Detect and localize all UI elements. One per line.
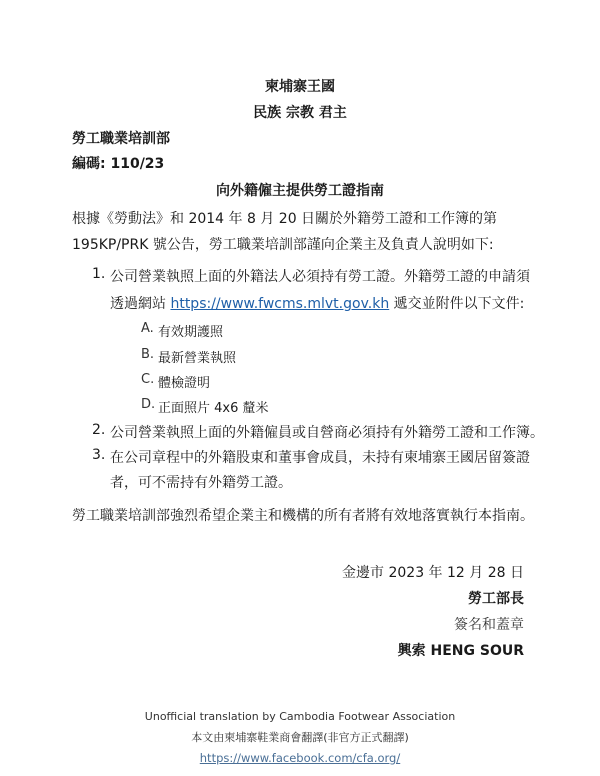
subitem-letter: D. bbox=[141, 397, 155, 412]
translation-note-chinese: 本文由柬埔寨鞋業商會翻譯(非官方正式翻譯) bbox=[0, 729, 600, 745]
item-text: 在公司章程中的外籍股東和董事會成員，未持有柬埔寨王國居留簽證 bbox=[110, 447, 530, 467]
subitem-text: 體檢證明 bbox=[158, 372, 210, 391]
submit-text: 遞交並附件以下文件: bbox=[394, 296, 525, 312]
document-title: 向外籍僱主提供勞工證指南 bbox=[0, 180, 600, 200]
item-text: 公司營業執照上面的外籍僱員或自營商必須持有外籍勞工證和工作簿。 bbox=[110, 422, 544, 442]
fwcms-website-link[interactable]: https://www.fwcms.mlvt.gov.kh bbox=[170, 296, 389, 312]
signatory-position: 勞工部長 bbox=[468, 588, 524, 608]
national-motto: 民族 宗教 君主 bbox=[0, 102, 600, 122]
footer-link-wrapper: https://www.facebook.com/cfa.org/ bbox=[0, 747, 600, 766]
signature-label: 簽名和蓋章 bbox=[454, 614, 524, 634]
intro-line-2: 195KP/PRK 號公告，勞工職業培訓部謹向企業主及負責人說明如下: bbox=[72, 234, 494, 254]
subitem-letter: C. bbox=[141, 372, 154, 387]
item-text-prefix: 透過網站 https://www.fwcms.mlvt.gov.kh 遞交並附件… bbox=[110, 293, 524, 313]
kingdom-heading: 柬埔寨王國 bbox=[0, 76, 600, 96]
subitem-letter: B. bbox=[141, 347, 154, 362]
subitem-text: 有效期護照 bbox=[158, 321, 223, 340]
item-text: 公司營業執照上面的外籍法人必須持有勞工證。外籍勞工證的申請須 bbox=[110, 266, 530, 286]
item-number: 3. bbox=[92, 447, 105, 463]
translation-note: Unofficial translation by Cambodia Footw… bbox=[0, 710, 600, 723]
item-number: 2. bbox=[92, 422, 105, 438]
subitem-text: 最新營業執照 bbox=[158, 347, 236, 366]
place-date: 金邊市 2023 年 12 月 28 日 bbox=[342, 562, 524, 582]
item-text-continued: 者，可不需持有外籍勞工證。 bbox=[110, 472, 292, 492]
reference-number: 編碼: 110/23 bbox=[72, 153, 164, 173]
subitem-text: 正面照片 4x6 釐米 bbox=[158, 397, 269, 416]
signatory-name: 興索 HENG SOUR bbox=[398, 640, 524, 660]
closing-statement: 勞工職業培訓部強烈希望企業主和機構的所有者將有效地落實執行本指南。 bbox=[72, 505, 534, 525]
facebook-link[interactable]: https://www.facebook.com/cfa.org/ bbox=[200, 751, 400, 765]
item-number: 1. bbox=[92, 266, 105, 282]
department-name: 勞工職業培訓部 bbox=[72, 128, 170, 148]
subitem-letter: A. bbox=[141, 321, 154, 336]
website-label: 透過網站 bbox=[110, 296, 166, 312]
intro-line-1: 根據《勞動法》和 2014 年 8 月 20 日關於外籍勞工證和工作簿的第 bbox=[72, 208, 497, 228]
